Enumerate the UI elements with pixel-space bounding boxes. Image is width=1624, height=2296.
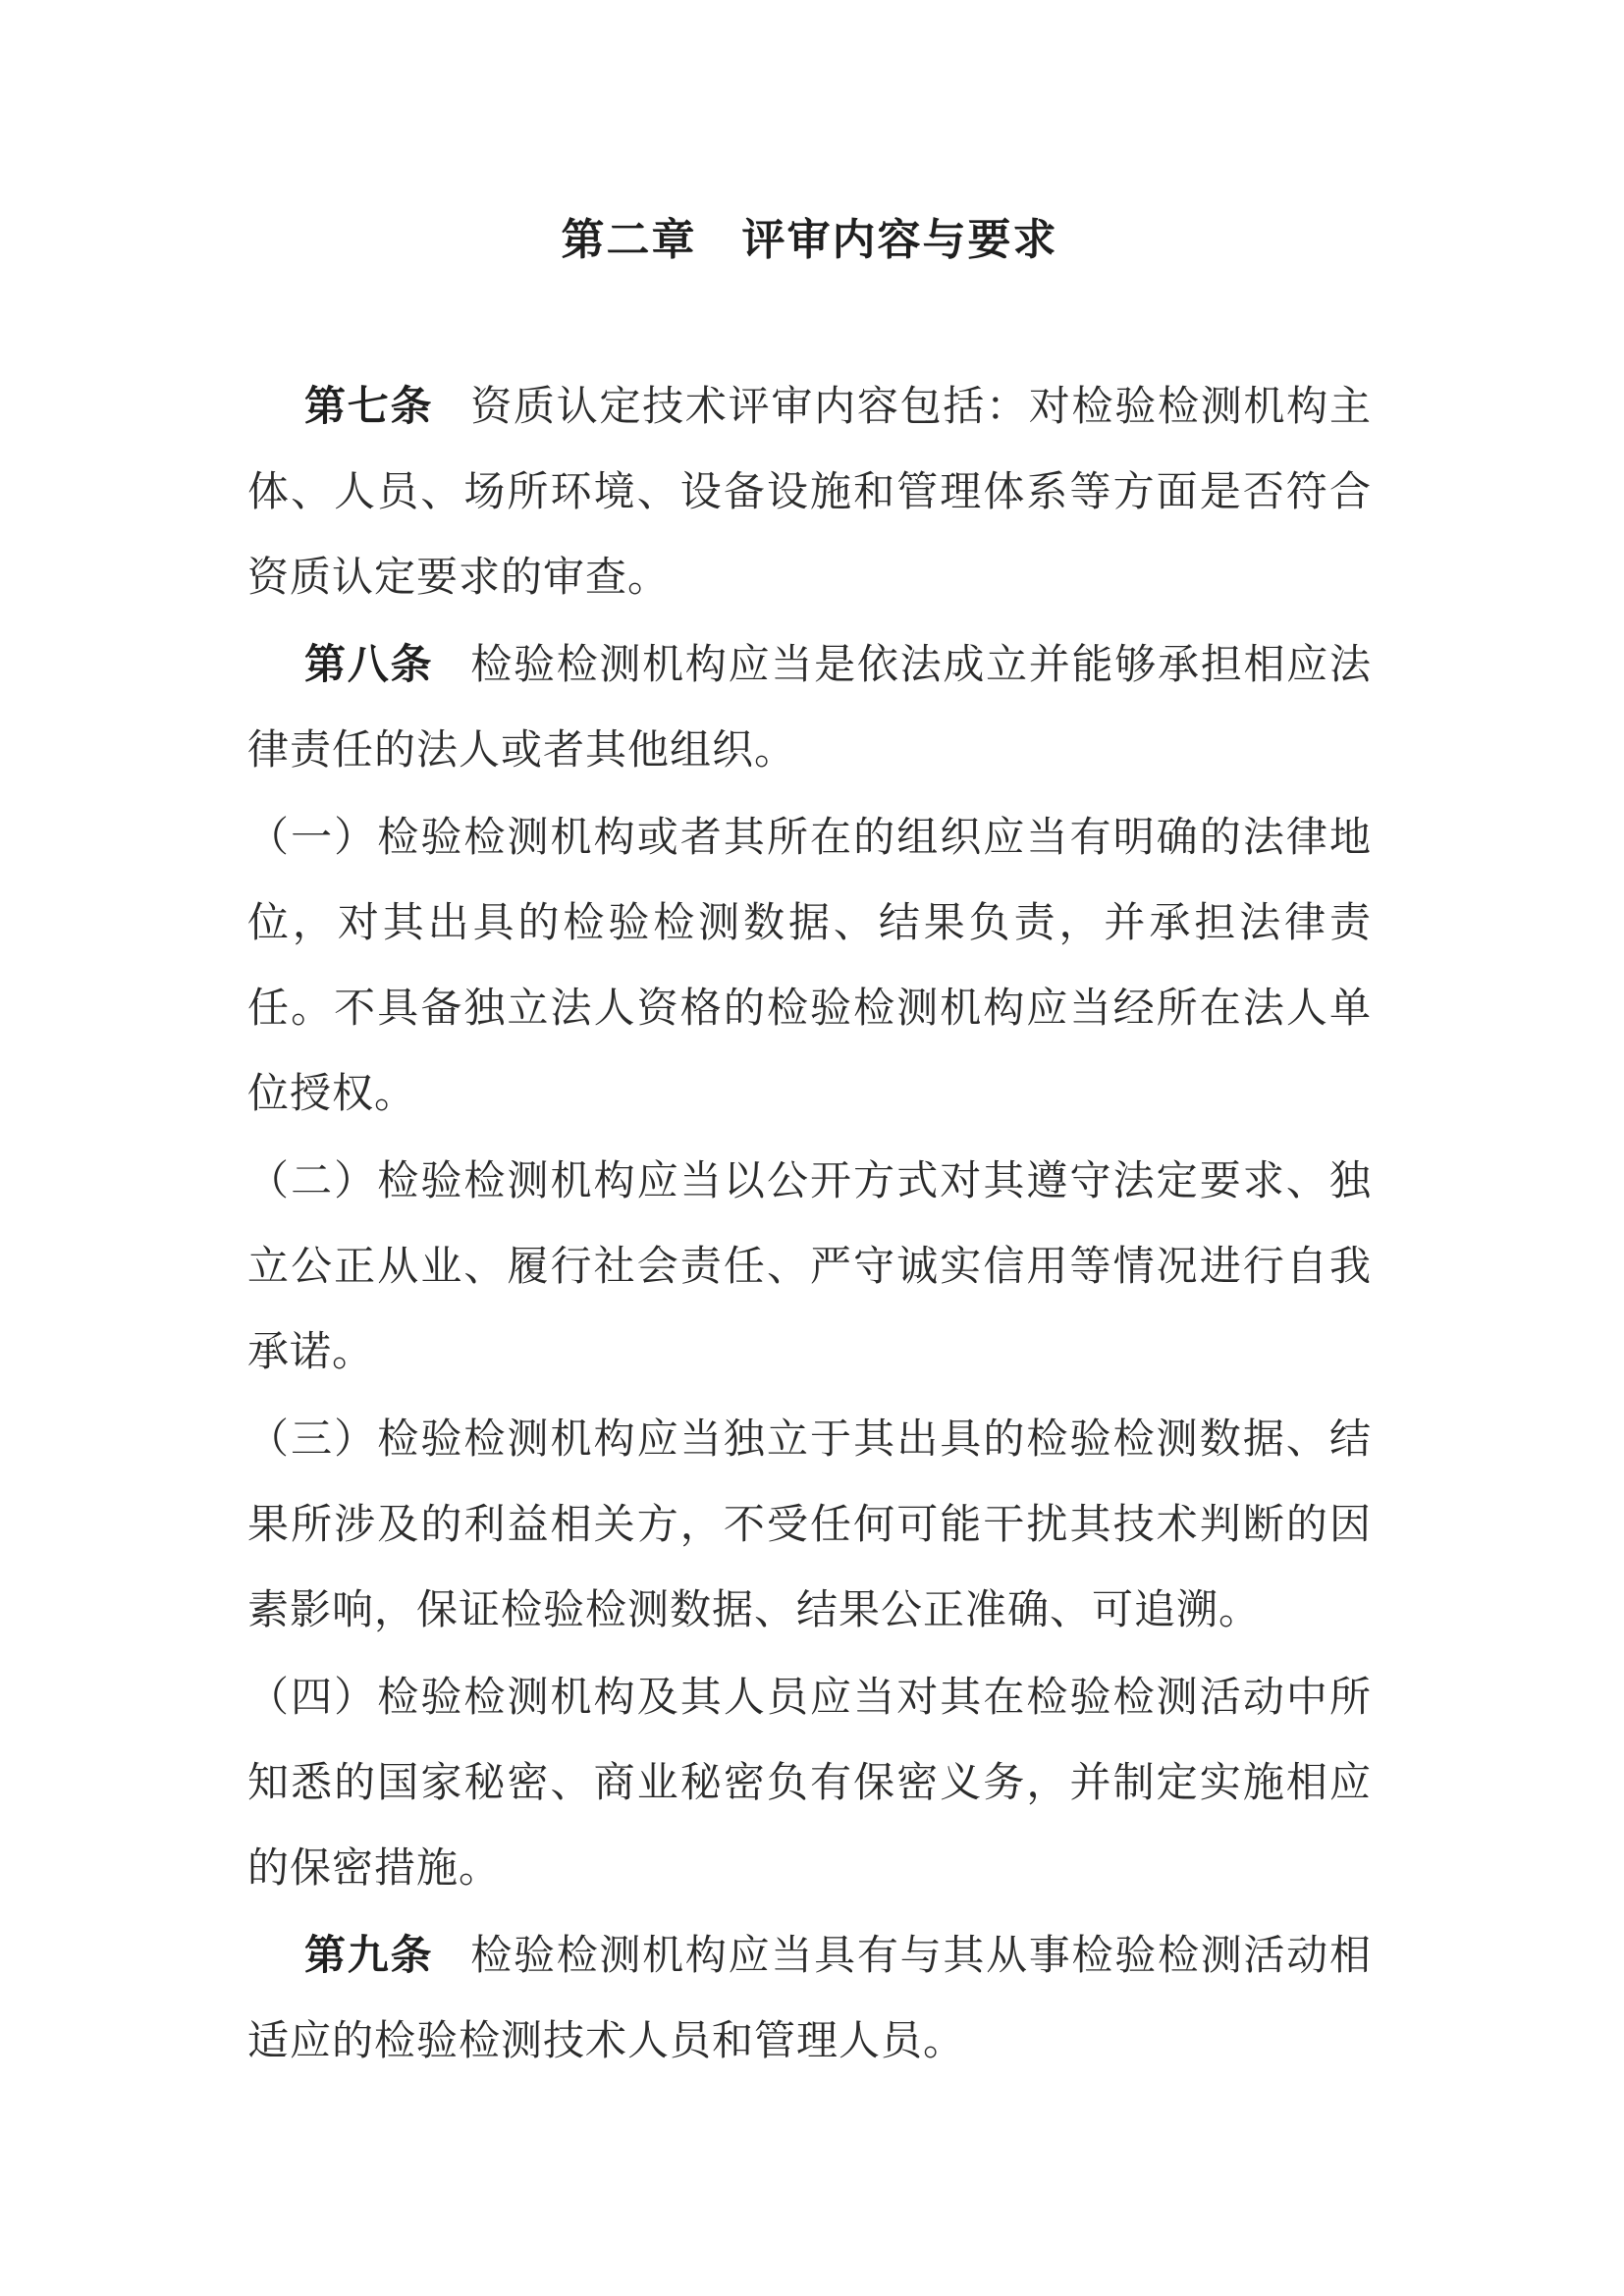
paragraph-item-3: （三）检验检测机构应当独立于其出具的检验检测数据、结果所涉及的利益相关方，不受任… xyxy=(247,1396,1372,1654)
paragraph-item-4: （四）检验检测机构及其人员应当对其在检验检测活动中所知悉的国家秘密、商业秘密负有… xyxy=(247,1654,1372,1912)
paragraph-article-8: 第八条检验检测机构应当是依法成立并能够承担相应法律责任的法人或者其他组织。 xyxy=(247,621,1372,794)
article-7-number: 第七条 xyxy=(304,383,433,429)
item-2-text: （二）检验检测机构应当以公开方式对其遵守法定要求、独立公正从业、履行社会责任、严… xyxy=(247,1159,1372,1375)
paragraph-item-1: （一）检验检测机构或者其所在的组织应当有明确的法律地位，对其出具的检验检测数据、… xyxy=(247,794,1372,1138)
item-3-text: （三）检验检测机构应当独立于其出具的检验检测数据、结果所涉及的利益相关方，不受任… xyxy=(247,1417,1372,1633)
chapter-title: 第二章 评审内容与要求 xyxy=(247,209,1372,272)
paragraph-article-9: 第九条检验检测机构应当具有与其从事检验检测活动相适应的检验检测技术人员和管理人员… xyxy=(247,1912,1372,2085)
document-page: 第二章 评审内容与要求 第七条资质认定技术评审内容包括：对检验检测机构主体、人员… xyxy=(0,0,1624,2296)
item-1-text: （一）检验检测机构或者其所在的组织应当有明确的法律地位，对其出具的检验检测数据、… xyxy=(247,816,1372,1117)
article-8-number: 第八条 xyxy=(304,641,433,687)
item-4-text: （四）检验检测机构及其人员应当对其在检验检测活动中所知悉的国家秘密、商业秘密负有… xyxy=(247,1676,1372,1892)
article-9-number: 第九条 xyxy=(304,1932,433,1978)
paragraph-article-7: 第七条资质认定技术评审内容包括：对检验检测机构主体、人员、场所环境、设备设施和管… xyxy=(247,363,1372,621)
paragraph-item-2: （二）检验检测机构应当以公开方式对其遵守法定要求、独立公正从业、履行社会责任、严… xyxy=(247,1138,1372,1396)
